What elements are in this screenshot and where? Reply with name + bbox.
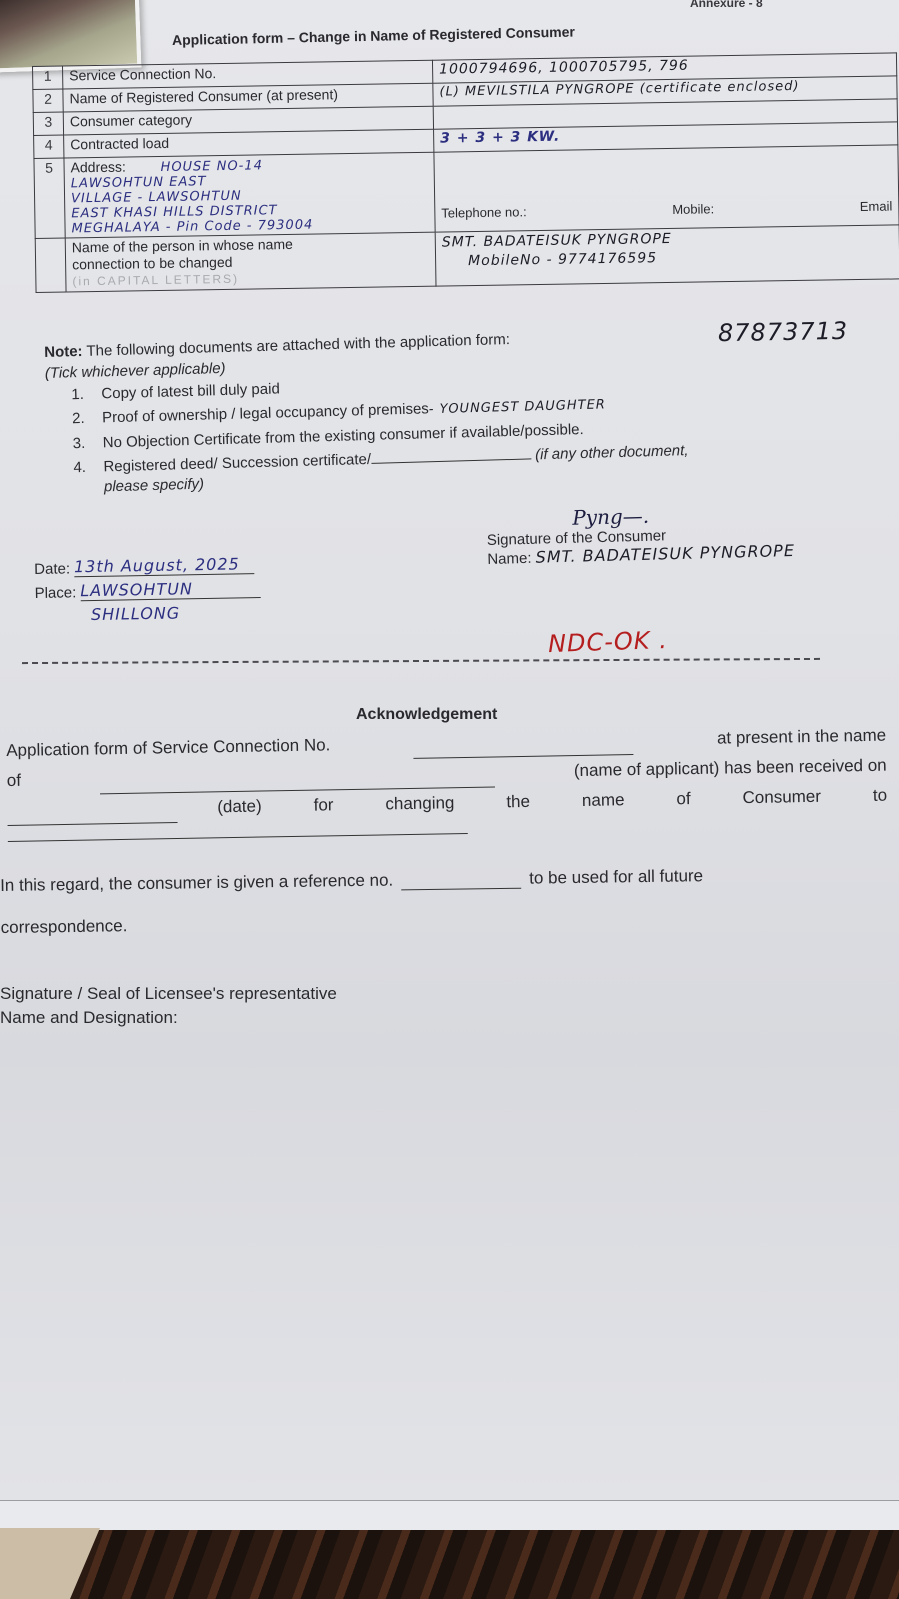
row-number: 5 (34, 158, 65, 238)
row-number (35, 238, 66, 292)
telephone-label[interactable]: Telephone no.: (441, 204, 527, 220)
date-place-block: Date: 13th August, 2025 Place: LAWSOHTUN… (34, 554, 261, 625)
address-cell[interactable]: Address: HOUSE NO-14 LAWSOHTUN EAST VILL… (64, 152, 435, 238)
reference-block: In this regard, the consumer is given a … (0, 863, 899, 960)
date-value[interactable]: 13th August, 2025 (74, 554, 254, 577)
row-number: 4 (34, 135, 64, 158)
note-prefix: Note: (44, 343, 83, 361)
desk-background (0, 1530, 899, 1599)
licensee-name-designation-label: Name and Designation: (0, 1006, 337, 1030)
contact-cell: Telephone no.: Mobile: Email (434, 145, 899, 232)
consumer-signature-block: Pyng—. Signature of the Consumer Name: S… (486, 500, 795, 568)
document-list: 1.Copy of latest bill duly paid 2.Proof … (71, 363, 868, 498)
email-label[interactable]: Email (860, 199, 893, 215)
youngest-daughter-note: - YOUNGEST DAUGHTER (429, 397, 606, 417)
acknowledgement-body: Application form of Service Connection N… (6, 721, 888, 842)
address-label: Address: (70, 159, 125, 176)
annexure-label: Annexure - 8 (690, 0, 763, 10)
place-value-second-line: SHILLONG (91, 602, 261, 624)
date-label: Date: (34, 560, 70, 578)
consumer-details-table: 1 Service Connection No. 1000794696, 100… (32, 52, 899, 293)
row-number: 2 (33, 89, 63, 112)
mobile-label[interactable]: Mobile: (672, 201, 714, 217)
licensee-signature-label: Signature / Seal of Licensee's represent… (0, 982, 337, 1006)
other-document-field[interactable] (371, 458, 531, 463)
place-label: Place: (34, 584, 76, 602)
row-number: 3 (33, 112, 63, 135)
name-label: Name: (487, 550, 532, 568)
row-number: 1 (33, 66, 63, 89)
acknowledgement-title: Acknowledgement (356, 706, 497, 724)
new-name-value[interactable]: SMT. BADATEISUK PYNGROPE MobileNo - 9774… (435, 225, 899, 286)
ndc-ok-annotation: NDC-OK . (548, 626, 669, 658)
passport-photo (0, 0, 141, 73)
paper-fold (0, 1500, 899, 1532)
reference-number-field[interactable] (401, 888, 521, 891)
new-name-label-cell: Name of the person in whose name connect… (65, 232, 436, 292)
place-value[interactable]: LAWSOHTUN (80, 578, 260, 601)
documents-note: Note: The following documents are attach… (44, 321, 868, 503)
licensee-signature-block: Signature / Seal of Licensee's represent… (0, 982, 337, 1030)
table-row-address: 5 Address: HOUSE NO-14 LAWSOHTUN EAST VI… (34, 145, 899, 239)
